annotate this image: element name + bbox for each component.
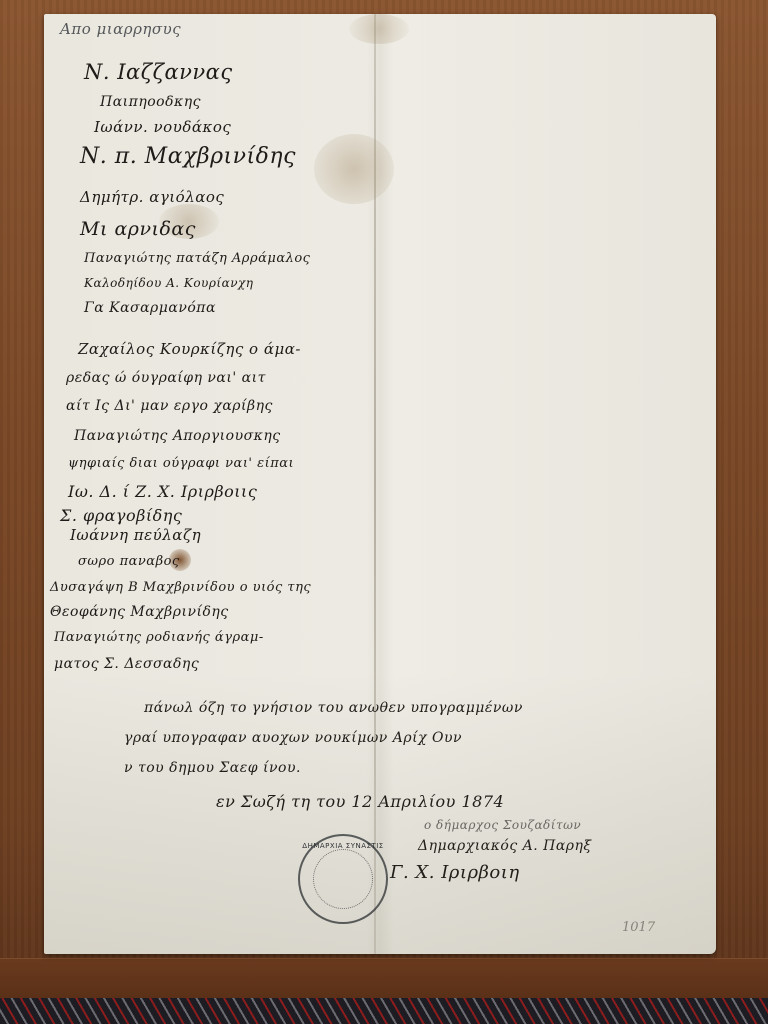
signature-line: ματος Σ. Δεσσαδης <box>54 656 199 672</box>
date-line: εν Σωζή τη του 12 Απριλίου 1874 <box>216 792 504 811</box>
closing-paragraph-line: πάνωλ όζη το γνήσιον του ανωθεν υπογραμμ… <box>144 700 523 716</box>
signature-line: Θεοφάνης Μαχβρινίδης <box>50 604 229 620</box>
attestation-line: Ζαχαίλος Κουρκίζης ο άμα- <box>78 340 301 358</box>
signature-line: Ιωάννη πεύλαζη <box>70 526 201 544</box>
signature-line: Παναγιώτης πατάζη Αρράμαλος <box>84 251 310 266</box>
attestation-line: Παναγιώτης Αποργιουσκης <box>74 428 281 444</box>
official-seal: ΔΗΜΑΡΧΙΑ ΣΥΝΑΣΤΙΣ <box>298 834 388 924</box>
seal-wreath-icon <box>313 849 373 909</box>
pencil-note: Απο μιαρρησυς <box>60 20 181 38</box>
mayor-title: ο δήμαρχος Σουζαδίτων <box>424 818 581 832</box>
manuscript-page: Απο μιαρρησυς Ν. Ιαζζαννας Παιπηοοδκης Ι… <box>44 14 716 954</box>
closing-paragraph-line: ν του δημου Σαεφ ίνου. <box>124 760 301 776</box>
signature-line: Ν. Ιαζζαννας <box>84 60 233 84</box>
signature-line: Δυσαγάψη Β Μαχβρινίδου ο υιός της <box>50 580 311 595</box>
patterned-rug <box>0 998 768 1024</box>
attestation-line: ψηφιαίς διαι ούγραφι ναι' είπαι <box>68 456 294 471</box>
signature-line: Δημήτρ. αγιόλαος <box>80 188 224 206</box>
corner-pencil-note: 1017 <box>622 920 655 935</box>
attestation-line: αίτ Ις Δι' μαν εργο χαρίβης <box>66 398 273 414</box>
signature-line: Καλοδηίδου Α. Κουρίανχη <box>84 276 253 290</box>
signature-line: Παναγιώτης ροδιανής άγραμ- <box>54 630 264 645</box>
attestation-line: Ιω. Δ. ί Ζ. Χ. Ιριρβοιις <box>68 482 257 501</box>
signature-line: Ιωάνν. νουδάκος <box>94 118 231 136</box>
seal-text: ΔΗΜΑΡΧΙΑ ΣΥΝΑΣΤΙΣ <box>300 842 386 850</box>
signature-line: Γα Κασαρμανόπα <box>84 300 216 316</box>
stain <box>349 14 409 44</box>
closing-paragraph-line: γραί υπογραφαν αυοχων νουκίμων Αρίχ Ουν <box>124 730 462 746</box>
mayor-signature: Γ. Χ. Ιριρβοιη <box>390 862 520 883</box>
attestation-line: Σ. φραγοβίδης <box>60 506 182 525</box>
signature-line: Παιπηοοδκης <box>100 94 201 110</box>
signature-line: σωρο παναβος <box>78 554 180 569</box>
stain <box>314 134 394 204</box>
signature-line: Μι αρνιδας <box>80 218 196 240</box>
attestation-line: ρεδας ώ όυγραίφη ναι' αιτ <box>66 370 266 386</box>
table-edge <box>0 958 768 999</box>
signature-line: Ν. π. Μαχβρινίδης <box>80 144 296 169</box>
mayor-signature: Δημαρχιακός Α. Παρηξ <box>418 838 592 854</box>
